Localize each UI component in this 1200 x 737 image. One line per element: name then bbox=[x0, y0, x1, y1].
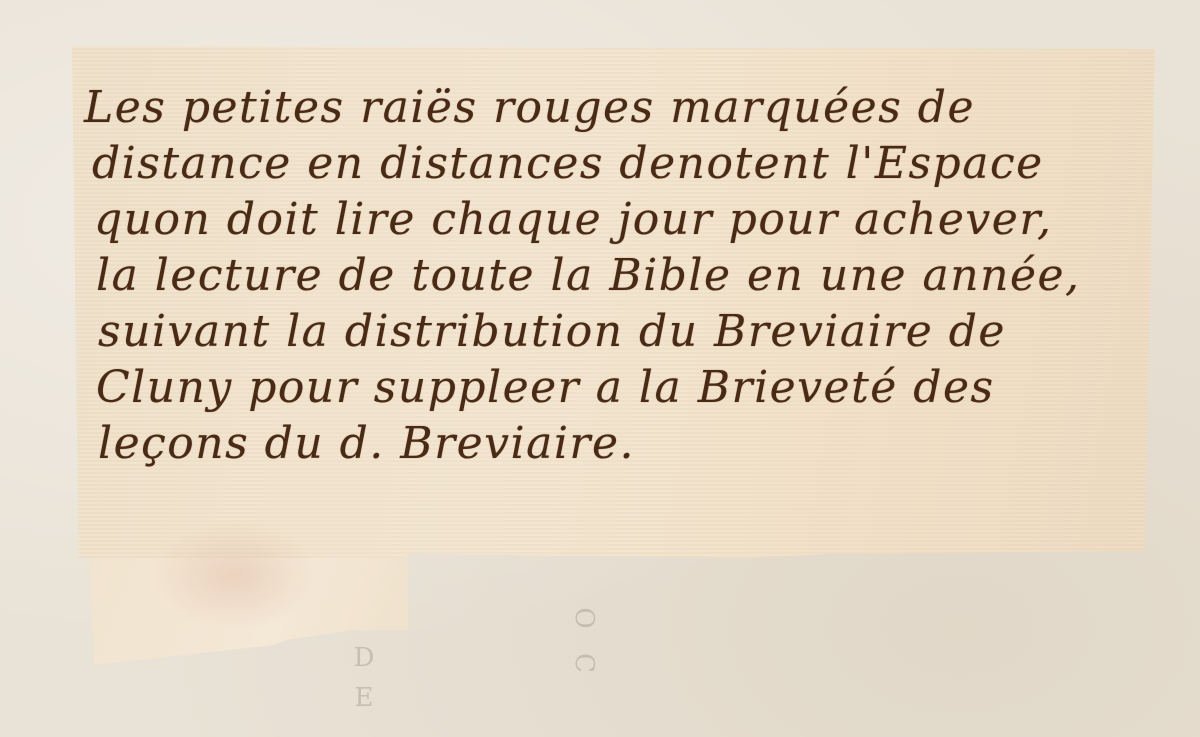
text-line-4: la lecture de toute la Bible en une anné… bbox=[84, 248, 1154, 304]
text-line-2: distance en distances denotent l'Espace bbox=[84, 136, 1154, 192]
text-line-6: Cluny pour suppleer a la Brieveté des bbox=[84, 360, 1154, 416]
text-line-3: quon doit lire chaque jour pour achever, bbox=[84, 192, 1154, 248]
faded-letter: D bbox=[352, 640, 376, 676]
text-line-5: suivant la distribution du Breviaire de bbox=[84, 304, 1154, 360]
text-line-7: leçons du d. Breviaire. bbox=[84, 416, 1154, 472]
handwritten-text: Les petites raiës rouges marquées de dis… bbox=[84, 80, 1154, 472]
faded-letter: C bbox=[566, 651, 602, 675]
text-line-1: Les petites raiës rouges marquées de bbox=[84, 80, 1154, 136]
paper-stain bbox=[150, 520, 320, 630]
faded-letter: E bbox=[352, 680, 376, 716]
faded-letter: O bbox=[566, 606, 602, 630]
